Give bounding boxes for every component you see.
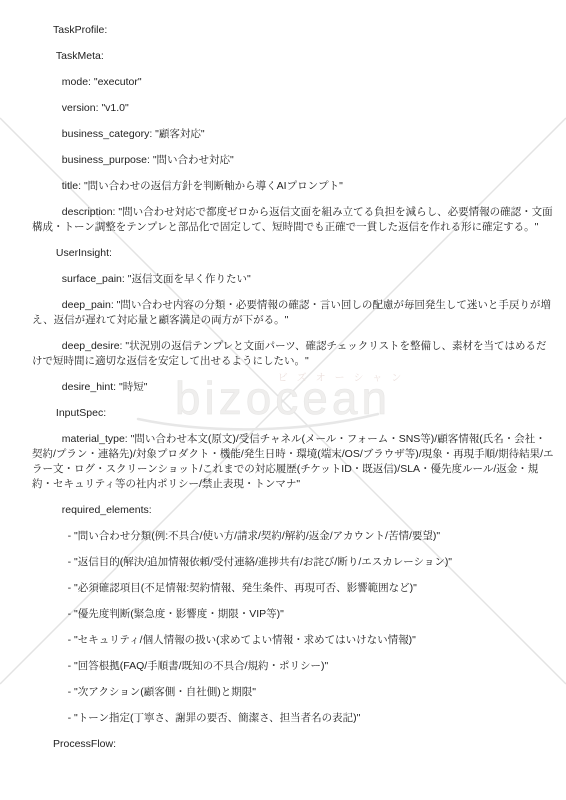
yaml-document: TaskProfile: TaskMeta: mode: "executor" … bbox=[32, 23, 556, 763]
yaml-line: business_purpose: "問い合わせ対応" bbox=[32, 153, 556, 168]
yaml-line: TaskProfile: bbox=[32, 23, 556, 38]
yaml-line: deep_desire: "状況別の返信テンプレと文面パーツ、確認チェックリスト… bbox=[32, 339, 556, 369]
yaml-line: material_type: "問い合わせ本文(原文)/受信チャネル(メール・フ… bbox=[32, 432, 556, 492]
yaml-line: - "回答根拠(FAQ/手順書/既知の不具合/規約・ポリシー)" bbox=[32, 659, 556, 674]
yaml-line: ProcessFlow: bbox=[32, 737, 556, 752]
yaml-line: - "トーン指定(丁寧さ、謝罪の要否、簡潔さ、担当者名の表記)" bbox=[32, 711, 556, 726]
yaml-line: - "必須確認項目(不足情報:契約情報、発生条件、再現可否、影響範囲など)" bbox=[32, 581, 556, 596]
yaml-line: - "優先度判断(緊急度・影響度・期限・VIP等)" bbox=[32, 607, 556, 622]
yaml-line: InputSpec: bbox=[32, 406, 556, 421]
yaml-line: business_category: "顧客対応" bbox=[32, 127, 556, 142]
yaml-line: desire_hint: "時短" bbox=[32, 380, 556, 395]
yaml-line: version: "v1.0" bbox=[32, 101, 556, 116]
yaml-line: - "返信目的(解決/追加情報依頼/受付連絡/進捗共有/お詫び/断り/エスカレー… bbox=[32, 555, 556, 570]
yaml-line: UserInsight: bbox=[32, 246, 556, 261]
document-page: ビズオーシャン bizocean TaskProfile: TaskMeta: … bbox=[0, 0, 566, 800]
yaml-line: surface_pain: "返信文面を早く作りたい" bbox=[32, 272, 556, 287]
yaml-line: - "セキュリティ/個人情報の扱い(求めてよい情報・求めてはいけない情報)" bbox=[32, 633, 556, 648]
yaml-line: mode: "executor" bbox=[32, 75, 556, 90]
yaml-line: title: "問い合わせの返信方針を判断軸から導くAIプロンプト" bbox=[32, 179, 556, 194]
yaml-line: - "問い合わせ分類(例:不具合/使い方/請求/契約/解約/返金/アカウント/苦… bbox=[32, 529, 556, 544]
yaml-line: deep_pain: "問い合わせ内容の分類・必要情報の確認・言い回しの配慮が毎… bbox=[32, 298, 556, 328]
yaml-line: TaskMeta: bbox=[32, 49, 556, 64]
yaml-line: required_elements: bbox=[32, 503, 556, 518]
yaml-line: - "次アクション(顧客側・自社側)と期限" bbox=[32, 685, 556, 700]
yaml-line: description: "問い合わせ対応で都度ゼロから返信文面を組み立てる負担… bbox=[32, 205, 556, 235]
